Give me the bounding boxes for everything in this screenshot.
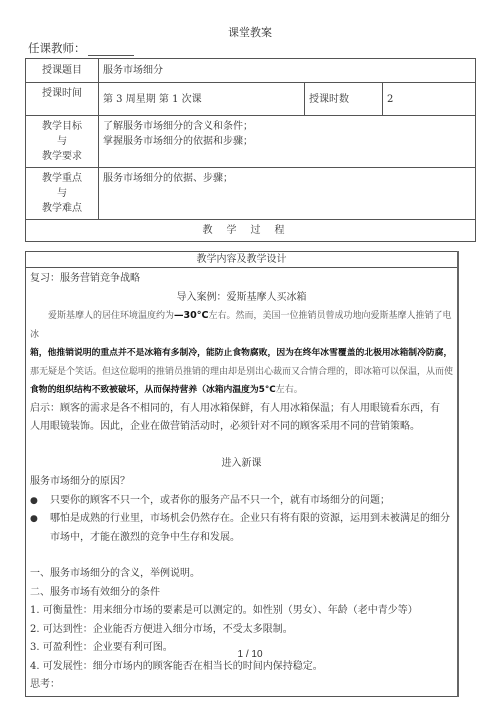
goals-value: 了解服务市场细分的含义和条件； 掌握服务市场细分的依据和步骤； [99,116,476,168]
insight-line-1: 启示：顾客的需求是各不相同的，有人用冰箱保鲜，有人用冰箱保温；有人用眼镜看东西，… [30,400,453,419]
spacer [30,547,453,565]
hours-value: 2 [383,83,476,116]
topic-label: 授课题目 [26,59,99,83]
insight-line-2: 人用眼镜装饰。因此，企业在做营销活动时，必须针对不同的顾客采用不同的营销策略。 [30,418,453,437]
goals-row: 教学目标 与 教学要求 了解服务市场细分的含义和条件； 掌握服务市场细分的依据和… [26,116,476,168]
case-paragraph-2: 箱，他推销说明的重点并不是冰箱有多制冷，能防止食物腐败，因为在终年冰雪覆盖的北极… [30,344,453,363]
case-paragraph-3: 那无疑是个笑话。但这位聪明的推销员推销的理由却是别出心裁而又合情合理的，即冰箱可… [30,363,453,382]
focus-label: 教学重点 与 教学难点 [26,168,99,220]
topic-row: 授课题目 服务市场细分 [26,59,476,83]
case-paragraph-4: 食物的组织结构不致被破坏，从而保持营养（冰箱内温度为5°C左右。 [30,381,453,400]
bullet-dot-icon: ● [30,492,50,511]
bullet-item: ● 哪怕是成熟的行业里，市场机会仍然存在。企业只有将有限的资源，运用到未被满足的… [30,510,453,547]
review-line: 复习：服务营销竞争战略 [30,270,453,289]
time-row: 授课时间 第 3 周星期 第 1 次课 授课时数 2 [26,83,476,116]
content-body-row: 复习：服务营销竞争战略 导入案例：爱斯基摩人买冰箱 爱斯基摩人的居住环境温度约为… [26,268,459,697]
teaching-content-table: 教学内容及教学设计 复习：服务营销竞争战略 导入案例：爱斯基摩人买冰箱 爱斯基摩… [25,251,459,697]
focus-row: 教学重点 与 教学难点 服务市场细分的依据、步骤； [26,168,476,220]
condition-item: 2. 可达到性：企业能否方便进入细分市场，不受太多限制。 [30,621,453,640]
condition-item: 1. 可衡量性：用来细分市场的要素是可以测定的。如性别（男女）、年龄（老中青少等… [30,602,453,621]
hours-label: 授课时数 [305,83,383,116]
reason-question: 服务市场细分的原因？ [30,473,453,492]
teacher-field: 任课教师： [28,40,134,56]
process-row: 教学过程 [26,220,476,242]
bullet-dot-icon: ● [30,510,50,547]
topic-value: 服务市场细分 [99,59,476,83]
content-body: 复习：服务营销竞争战略 导入案例：爱斯基摩人买冰箱 爱斯基摩人的居住环境温度约为… [26,268,459,697]
content-header: 教学内容及教学设计 [26,252,459,268]
focus-value: 服务市场细分的依据、步骤； [99,168,476,220]
time-label: 授课时间 [26,83,99,116]
case-title: 导入案例：爱斯基摩人买冰箱 [30,289,453,308]
bullet-item: ● 只要你的顾客不只一个，或者你的服务产品不只一个，就有市场细分的问题； [30,492,453,511]
condition-item: 4. 可发展性：细分市场内的顾客能否在相当长的时间内保持稳定。 [30,658,453,677]
lesson-info-table: 授课题目 服务市场细分 授课时间 第 3 周星期 第 1 次课 授课时数 2 教… [25,58,476,242]
teacher-label: 任课教师： [28,41,86,55]
case-paragraph-1: 爱斯基摩人的居住环境温度约为—30°C左右。然而，美国一位推销员曾成功地向爱斯基… [30,307,453,344]
section-1-heading: 一、服务市场细分的含义，举例说明。 [30,565,453,584]
spacer [30,437,453,455]
teacher-blank-line [88,43,134,56]
new-lesson-title: 进入新课 [30,455,453,474]
time-value: 第 3 周星期 第 1 次课 [99,83,305,116]
content-header-row: 教学内容及教学设计 [26,252,459,268]
goals-label: 教学目标 与 教学要求 [26,116,99,168]
think-prompt: 思考： [30,676,453,695]
section-2-heading: 二、服务市场有效细分的条件 [30,584,453,603]
document-title: 课堂教案 [0,24,500,40]
process-label: 教学过程 [26,220,476,242]
page-indicator: 1 / 10 [0,649,500,660]
